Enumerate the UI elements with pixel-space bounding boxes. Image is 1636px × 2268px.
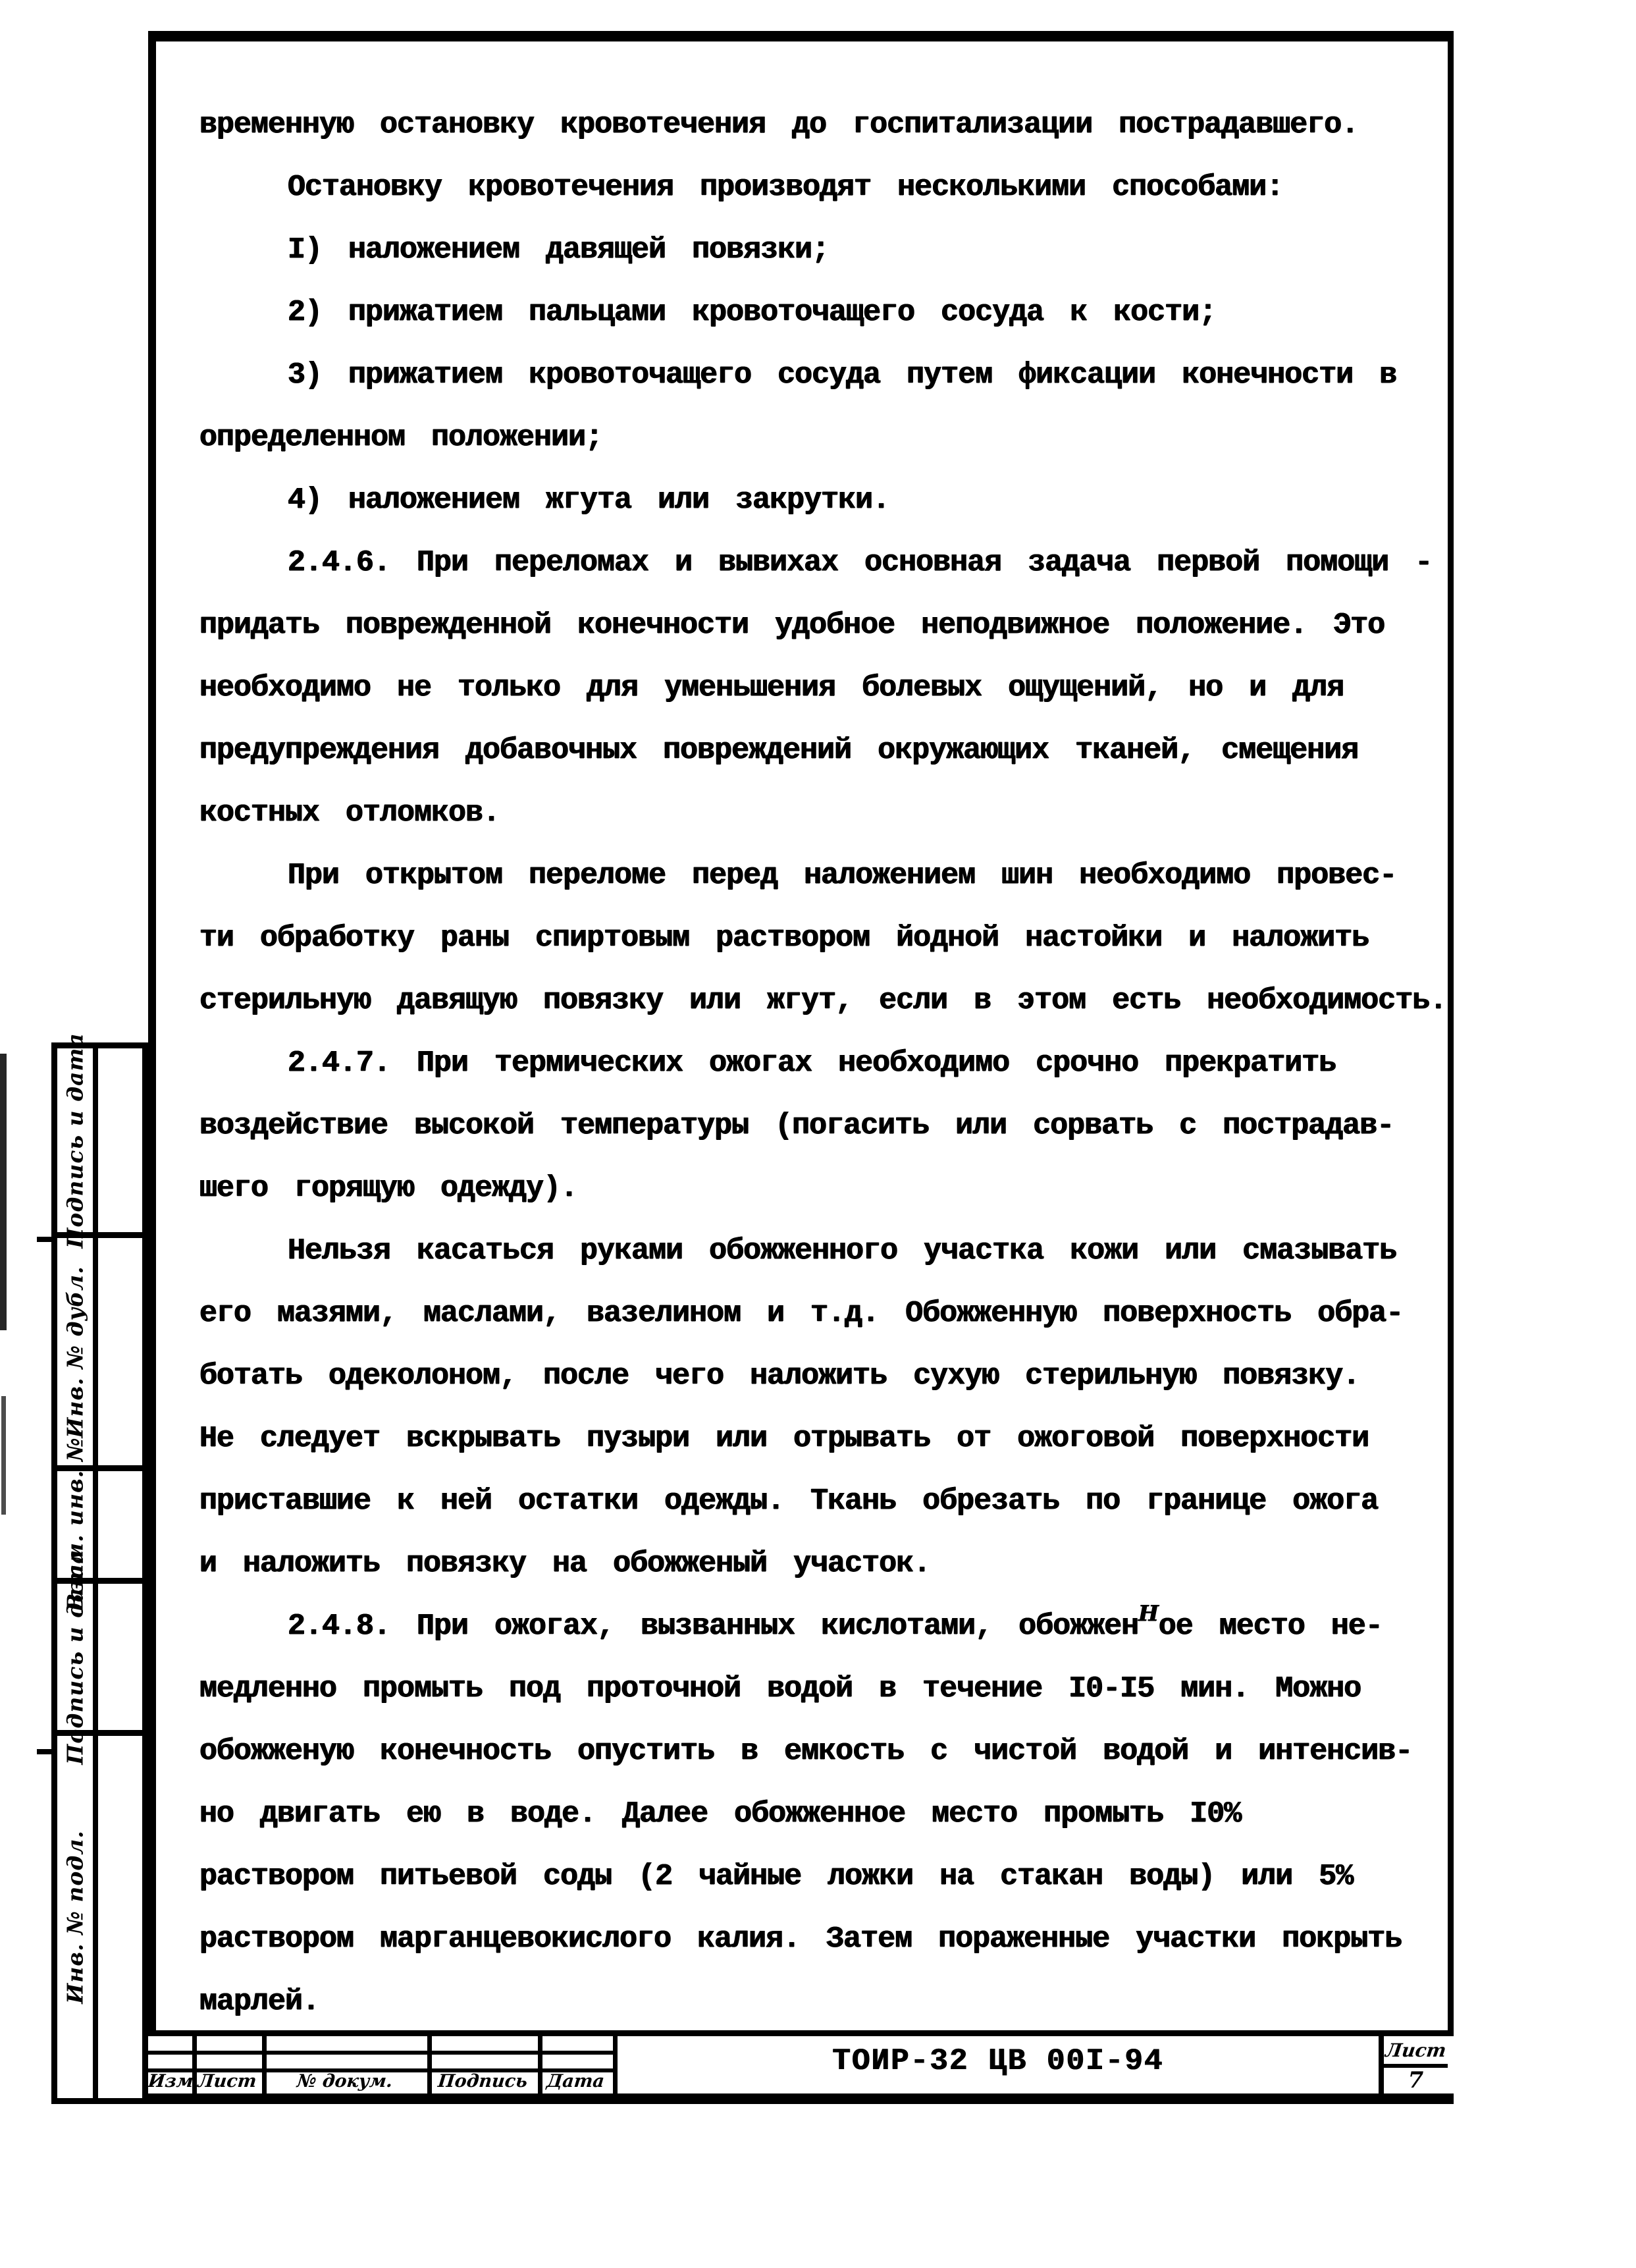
scan-noise (37, 1749, 53, 1754)
text-line: временную остановку кровотечения до госп… (199, 94, 1446, 156)
text-line: Нельзя касаться руками обожженного участ… (199, 1220, 1446, 1282)
text-line: раствором марганцевокислого калия. Затем… (199, 1908, 1446, 1970)
column-izm: Изм (147, 2071, 194, 2093)
sheet-number-box: Лист 7 (1379, 2036, 1454, 2093)
text-line: I) наложением давящей повязки; (199, 219, 1446, 281)
text-line: стерильную давящую повязку или жгут, есл… (199, 969, 1446, 1032)
scan-noise (1, 1396, 6, 1515)
text-segment: 2.4.8. При ожогах, вызванных кислотами, … (288, 1609, 1138, 1643)
sidebar-cell-signature-date-1: Подпись и дата (57, 1048, 142, 1238)
text-line: При открытом переломе перед наложением ш… (199, 844, 1446, 907)
text-line: 4) наложением жгута или закрутки. (199, 469, 1446, 531)
handwritten-correction: Н (1138, 1601, 1159, 1626)
text-line: 3) прижатием кровоточащего сосуда путем … (199, 344, 1446, 406)
title-block: Изм Лист № докум. Подпись Дата ТОИР-32 Ц… (148, 2030, 1454, 2104)
text-line: Остановку кровотечения производят нескол… (199, 156, 1446, 219)
text-line: необходимо не только для уменьшения боле… (199, 657, 1446, 719)
sidebar-cell-signature-date-2: Подпись и дата (57, 1584, 142, 1736)
text-line: шего горящую одежду). (199, 1157, 1446, 1220)
text-line: Не следует вскрывать пузыри или отрывать… (199, 1407, 1446, 1470)
text-line: его мазями, маслами, вазелином и т.д. Об… (199, 1282, 1446, 1345)
text-line: ботать одеколоном, после чего наложить с… (199, 1345, 1446, 1407)
text-line: раствором питьевой соды (2 чайные ложки … (199, 1845, 1446, 1908)
text-line: 2.4.6. При переломах и вывихах основная … (199, 531, 1446, 594)
title-block-grid-line (148, 2051, 613, 2055)
sidebar-label: Подпись и дата (63, 1033, 88, 1249)
document-code: ТОИР-32 ЦВ 00I-94 (618, 2044, 1379, 2078)
sidebar-cell-inv-dubl: Инв. № дубл. (57, 1238, 142, 1471)
column-podpis: Подпись (426, 2071, 539, 2093)
column-data: Дата (537, 2071, 614, 2093)
sheet-label: Лист (1382, 2038, 1450, 2064)
text-line: 2.4.7. При термических ожогах необходимо… (199, 1032, 1446, 1094)
text-line: придать поврежденной конечности удобное … (199, 594, 1446, 657)
text-segment: ое место не- (1159, 1609, 1383, 1643)
scan-noise (37, 1237, 53, 1242)
text-line: воздействие высокой температуры (погасит… (199, 1094, 1446, 1157)
document-text: временную остановку кровотечения до госп… (199, 94, 1446, 2033)
sidebar-label: Инв. № дубл. (63, 1266, 88, 1438)
text-line: 2) прижатием пальцами кровоточащего сосу… (199, 281, 1446, 344)
title-block-grid-line (1379, 2036, 1384, 2093)
text-line: определенном положении; (199, 406, 1446, 469)
text-line: медленно промыть под проточной водой в т… (199, 1658, 1446, 1720)
sidebar-label: Подпись и дата (63, 1549, 88, 1765)
column-dokum: № докум. (261, 2071, 429, 2093)
scan-noise (0, 1054, 7, 1330)
sheet-number: 7 (1384, 2068, 1448, 2093)
text-line: марлей. (199, 1970, 1446, 2033)
text-line: предупреждения добавочных повреждений ок… (199, 719, 1446, 782)
gost-sidebar: Подпись и дата Инв. № дубл. Взам. инв. №… (51, 1042, 148, 2104)
text-line: приставшие к ней остатки одежды. Ткань о… (199, 1470, 1446, 1532)
column-list: Лист (191, 2071, 263, 2093)
sidebar-label: Инв. № подл. (63, 1830, 88, 2004)
text-line: 2.4.8. При ожогах, вызванных кислотами, … (199, 1595, 1446, 1658)
text-line: костных отломков. (199, 782, 1446, 844)
title-block-grid-line (613, 2036, 618, 2093)
sidebar-cell-inv-podl: Инв. № подл. (57, 1736, 142, 2098)
text-line: обожженую конечность опустить в емкость … (199, 1720, 1446, 1783)
scanned-document-page: временную остановку кровотечения до госп… (0, 0, 1636, 2268)
text-line: но двигать ею в воде. Далее обожженное м… (199, 1783, 1446, 1845)
text-line: и наложить повязку на обожженый участок. (199, 1532, 1446, 1595)
text-line: ти обработку раны спиртовым раствором йо… (199, 907, 1446, 969)
